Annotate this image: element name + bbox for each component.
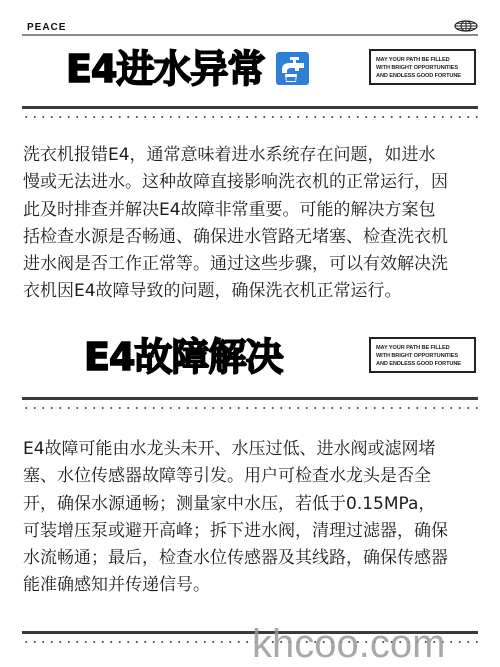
potable-water-tap-icon bbox=[276, 52, 309, 85]
dotted-divider bbox=[22, 407, 478, 409]
motto-line: MAY YOUR PATH BE FILLED bbox=[376, 56, 474, 64]
section-paragraph: E4故障可能由水龙头未开、水压过低、进水阀或滤网堵 塞、水位传感器故障等引发。用… bbox=[23, 436, 463, 600]
watermark: khcoo.com bbox=[252, 622, 445, 667]
globe-icon bbox=[454, 20, 478, 32]
paragraph-line: 慢或无法进水。这种故障直接影响洗衣机的正常运行，因 bbox=[23, 169, 463, 196]
paragraph-line: 塞、水位传感器故障等引发。用户可检查水龙头是否全 bbox=[23, 463, 463, 490]
section-divider bbox=[22, 397, 478, 400]
section-divider bbox=[22, 106, 478, 109]
dotted-divider bbox=[22, 116, 478, 118]
brand-label: PEACE bbox=[27, 22, 66, 33]
paragraph-line: 衣机因E4故障导致的问题，确保洗衣机正常运行。 bbox=[23, 278, 463, 305]
motto-line: WITH BRIGHT OPPORTUNITIES bbox=[376, 64, 474, 72]
header-divider bbox=[22, 34, 478, 36]
paragraph-line: 进水阀是否工作正常等。通过这些步骤，可以有效解决洗 bbox=[23, 251, 463, 278]
motto-line: AND ENDLESS GOOD FORTUNE bbox=[376, 72, 474, 80]
section-title: E4进水异常 bbox=[66, 48, 264, 90]
paragraph-line: 水流畅通；最后，检查水位传感器及其线路，确保传感器 bbox=[23, 545, 463, 572]
motto-box: MAY YOUR PATH BE FILLED WITH BRIGHT OPPO… bbox=[369, 49, 476, 85]
paragraph-line: 洗衣机报错E4，通常意味着进水系统存在问题，如进水 bbox=[23, 142, 463, 169]
paragraph-line: 括检查水源是否畅通、确保进水管路无堵塞、检查洗衣机 bbox=[23, 224, 463, 251]
motto-line: WITH BRIGHT OPPORTUNITIES bbox=[376, 352, 474, 360]
paragraph-line: 开，确保水源通畅；测量家中水压，若低于0.15MPa， bbox=[23, 491, 463, 518]
section-title: E4故障解决 bbox=[84, 336, 282, 378]
paragraph-line: 能准确感知并传递信号。 bbox=[23, 572, 463, 599]
motto-line: AND ENDLESS GOOD FORTUNE bbox=[376, 360, 474, 368]
motto-line: MAY YOUR PATH BE FILLED bbox=[376, 344, 474, 352]
paragraph-line: E4故障可能由水龙头未开、水压过低、进水阀或滤网堵 bbox=[23, 436, 463, 463]
motto-box: MAY YOUR PATH BE FILLED WITH BRIGHT OPPO… bbox=[369, 337, 476, 373]
paragraph-line: 可装增压泵或避开高峰；拆下进水阀，清理过滤器，确保 bbox=[23, 518, 463, 545]
section-paragraph: 洗衣机报错E4，通常意味着进水系统存在问题，如进水 慢或无法进水。这种故障直接影… bbox=[23, 142, 463, 306]
paragraph-line: 此及时排查并解决E4故障非常重要。可能的解决方案包 bbox=[23, 197, 463, 224]
